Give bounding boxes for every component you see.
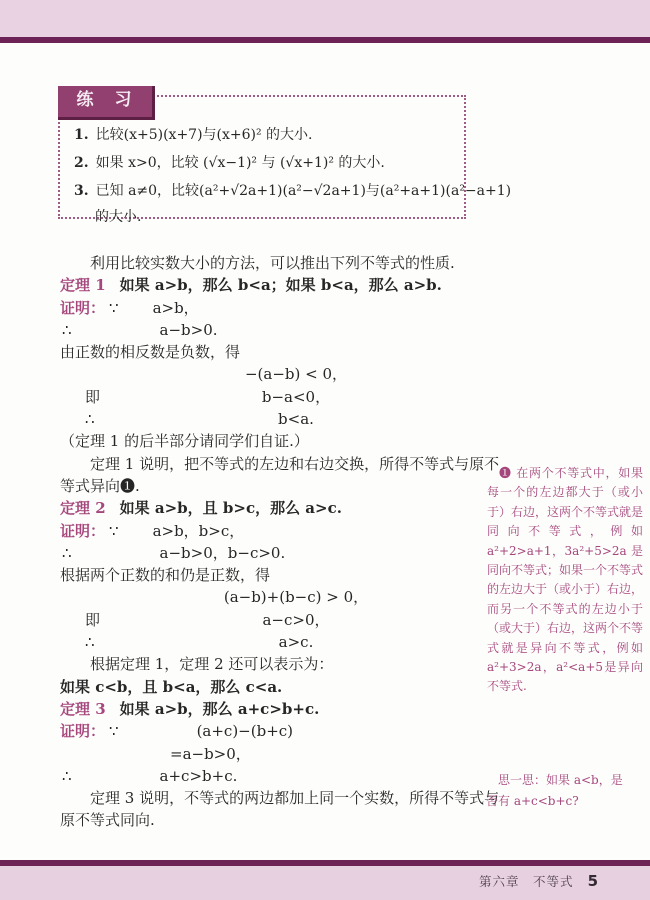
formula: a−b>0. [160,321,218,339]
theorem-1-explanation-1: 定理 1 说明，把不等式的左边和右边交换，所得不等式与原不 [60,453,476,475]
proof-1-line-2: ∴a−b>0. [60,319,476,341]
proof-1-line-ji: 即b−a<0， [60,386,476,408]
think-about-it-note: 思一思：如果 a<b，是否有 a+c<b+c? [486,770,626,812]
exercise-header-label: 练 习 [58,86,155,120]
exercise-text: 已知 a≠0，比较(a²+√2a+1)(a²−√2a+1)与(a²+a+1)(a… [96,183,511,199]
theorem-2-line: 定理 2如果 a>b，且 b>c，那么 a>c. [60,497,476,519]
main-text: 利用比较实数大小的方法，可以推出下列不等式的性质. 定理 1如果 a>b，那么 … [60,252,476,832]
theorem-3-statement: 如果 a>b，那么 a+c>b+c. [120,700,320,718]
theorem-3-explanation-2: 原不等式同向. [60,809,476,831]
formula: a>b， [153,299,199,317]
therefore-symbol: ∴ [62,767,72,785]
formula: a>c. [279,633,314,651]
theorem-1-line: 定理 1如果 a>b，那么 b<a；如果 b<a，那么 a>b. [60,274,476,296]
theorem-1-note: （定理 1 的后半部分请同学们自证.） [60,430,476,452]
theorem-1-explanation-2: 等式异向❶. [60,475,476,497]
theorem-2-alt-statement: 如果 c<b，且 b<a，那么 c<a. [60,678,282,696]
exercise-item-2: 2.如果 x>0，比较 (√x−1)² 与 (√x+1)² 的大小. [74,149,458,177]
because-symbol: ∵ [109,722,119,740]
proof-2-text: 根据两个正数的和仍是正数，得 [60,564,476,586]
proof-2-conclusion: ∴a>c. [60,631,476,653]
formula: b<a. [278,410,314,428]
proof-3-line-1: 证明：∵(a+c)−(b+c) [60,720,476,742]
therefore-symbol: ∴ [62,544,72,562]
chapter-title: 第六章 不等式 [479,874,574,889]
proof-2-line-1: 证明：∵a>b，b>c， [60,520,476,542]
exercise-number: 3. [74,183,89,199]
proof-3-line-2: =a−b>0， [60,743,476,765]
exercise-number: 1. [74,127,89,143]
therefore-symbol: ∴ [85,408,95,430]
formula: a+c>b+c. [160,767,238,785]
therefore-symbol: ∴ [85,631,95,653]
proof-1-conclusion: ∴b<a. [60,408,476,430]
formula-centered: −(a−b) < 0， [60,363,476,385]
formula: b−a<0， [262,388,330,406]
exercise-item-1: 1.比较(x+5)(x+7)与(x+6)² 的大小. [74,121,458,149]
proof-3-conclusion: ∴a+c>b+c. [60,765,476,787]
proof-label: 证明： [60,522,105,540]
therefore-symbol: ∴ [62,321,72,339]
exercise-text: 如果 x>0，比较 (√x−1)² 与 (√x+1)² 的大小. [96,155,385,171]
proof-label: 证明： [60,299,105,317]
formula: (a+c)−(b+c) [197,722,293,740]
formula: =a−b>0， [170,745,251,763]
theorem-3-label: 定理 3 [60,700,106,718]
that-is-word: 即 [85,386,100,408]
because-symbol: ∵ [109,522,119,540]
theorem-2-statement: 如果 a>b，且 b>c，那么 a>c. [120,499,342,517]
exercise-number: 2. [74,155,89,171]
formula-centered: (a−b)+(b−c) > 0， [60,586,476,608]
theorem-2-explanation-1: 根据定理 1，定理 2 还可以表示为： [60,653,476,675]
theorem-1-statement: 如果 a>b，那么 b<a；如果 b<a，那么 a>b. [120,276,442,294]
formula: a−b>0，b−c>0. [160,544,286,562]
page-footer: 第六章 不等式5 [479,872,598,890]
exercise-text: 比较(x+5)(x+7)与(x+6)² 的大小. [96,127,313,143]
top-rule [0,37,650,43]
top-band [0,0,650,37]
exercise-item-3: 3.已知 a≠0，比较(a²+√2a+1)(a²−√2a+1)与(a²+a+1)… [74,177,458,205]
proof-2-line-2: ∴a−b>0，b−c>0. [60,542,476,564]
exercise-item-3-continued: 的大小. [74,205,458,229]
formula: a−c>0， [262,611,329,629]
theorem-1-label: 定理 1 [60,276,106,294]
because-symbol: ∵ [109,299,119,317]
theorem-3-line: 定理 3如果 a>b，那么 a+c>b+c. [60,698,476,720]
proof-1-text: 由正数的相反数是负数，得 [60,341,476,363]
proof-2-line-ji: 即a−c>0， [60,609,476,631]
exercise-list: 1.比较(x+5)(x+7)与(x+6)² 的大小. 2.如果 x>0，比较 (… [74,121,458,229]
page-number: 5 [588,872,598,890]
theorem-2-explanation-2 thm-alt: 如果 c<b，且 b<a，那么 c<a. [60,676,476,698]
proof-label: 证明： [60,722,105,740]
proof-1-line-1: 证明：∵a>b， [60,297,476,319]
intro-paragraph: 利用比较实数大小的方法，可以推出下列不等式的性质. [60,252,476,274]
formula: a>b，b>c， [153,522,245,540]
margin-footnote: ❶ 在两个不等式中，如果每一个的左边都大于（或小于）右边，这两个不等式就是同向不… [487,464,643,697]
theorem-3-explanation-1: 定理 3 说明，不等式的两边都加上同一个实数，所得不等式与 [60,787,476,809]
that-is-word: 即 [85,609,100,631]
theorem-2-label: 定理 2 [60,499,106,517]
